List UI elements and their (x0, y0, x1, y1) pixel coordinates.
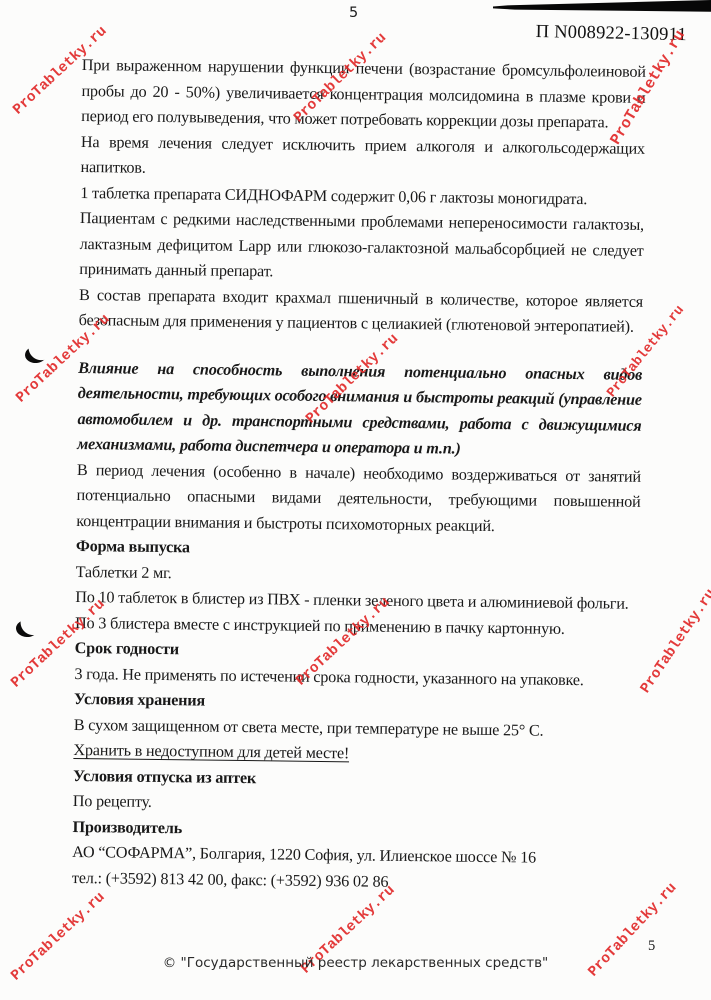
paragraph-alcohol: На время лечения следует исключить прием… (80, 129, 645, 187)
footer-copyright: © "Государственный реестр лекарственных … (0, 955, 711, 971)
scan-edge-artifact (493, 0, 711, 13)
paragraph-driving-caution: В период лечения (особенно в начале) нео… (76, 457, 641, 540)
page-number-top: 5 (349, 5, 358, 21)
document-body: При выраженном нарушении функции печени … (72, 53, 646, 898)
ink-mark-crescent (24, 345, 48, 364)
paragraph-manufacturer-contacts: тел.: (+3592) 813 42 00, факс: (+3592) 9… (72, 865, 636, 897)
watermark: ProTabletky.ru (637, 586, 711, 697)
ink-mark-crescent (16, 619, 39, 637)
page-number-bottom: 5 (648, 938, 655, 955)
paragraph-wheat-starch: В состав препарата входит крахмал пшенич… (79, 282, 644, 340)
paragraph-galactose: Пациентам с редкими наследственными проб… (79, 206, 644, 289)
scanned-document-page: 5 П N008922-130911 При выраженном наруше… (0, 0, 711, 1000)
